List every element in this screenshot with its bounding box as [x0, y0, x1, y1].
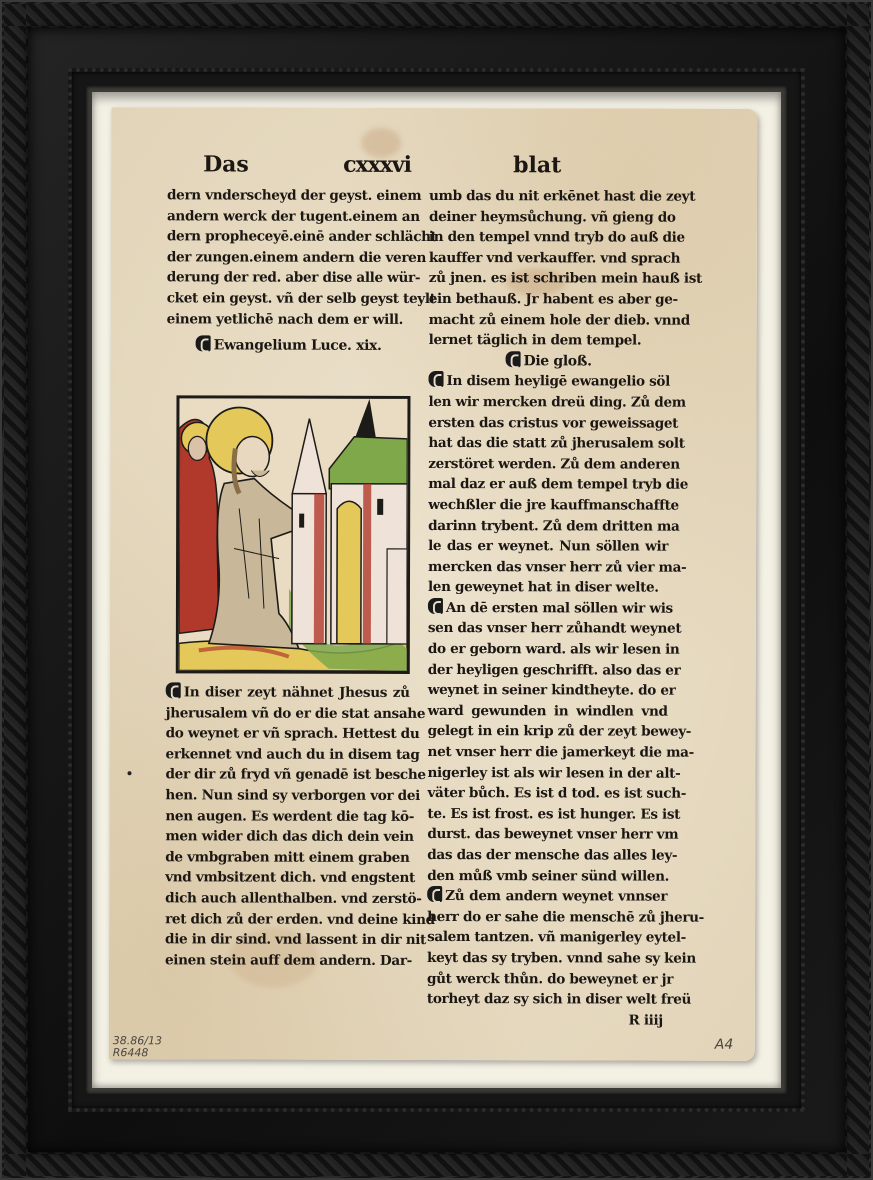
text-line: ret dich zů der erden. vnd deine kind: [165, 909, 409, 930]
text-line: mercken das vnser herr zů vier ma-: [428, 557, 668, 578]
text-line: torheyt daz sy sich in diser welt freü: [427, 989, 667, 1010]
text-line: macht zů einem hole der dieb. vnnd: [429, 310, 669, 331]
text-line: cket ein geyst. vñ der selb geyst teylt: [167, 288, 411, 309]
text-line: der heyligen geschrifft. also das er: [428, 660, 668, 681]
text-line: de vmbgraben mitt einem graben: [165, 847, 409, 868]
left-column-top: dern vnderscheyd der geyst. einem andern…: [167, 185, 411, 356]
text-line: dich auch allenthalben. vnd zerstö-: [165, 888, 409, 909]
signature-mark: R iiij: [427, 1010, 667, 1031]
rubric-text: Ewangelium Luce. xix.: [214, 338, 382, 354]
ink-dot: [127, 771, 131, 775]
text-line: do er geborn ward. als wir lesen in: [428, 639, 668, 660]
pilcrow-icon: [196, 336, 211, 352]
text-line: einen stein auff dem andern. Dar-: [165, 950, 409, 971]
text-line: einem yetlichē nach dem er will.: [167, 309, 411, 330]
text-line: In disem heyligē ewangelio söl: [447, 373, 670, 390]
text-line: derung der red. aber dise alle wür-: [167, 268, 411, 289]
text-line: keyt das sy tryben. vnnd sahe sy kein: [427, 948, 667, 969]
text-line: ersten das cristus vor geweissaget: [428, 413, 668, 434]
text-line: erkennet vnd auch du in disem tag: [166, 744, 410, 765]
text-line: sen das vnser herr zůhandt weynet: [428, 618, 668, 639]
text-line: deiner heymsůchung. vñ gieng do: [429, 207, 669, 228]
running-head-right: blat: [513, 152, 561, 178]
text-line: dern propheceyē.einē ander schlächt: [167, 226, 411, 247]
text-line: len geweynet hat in diser welte.: [428, 577, 668, 598]
accession-number: 38.86/13 R6448: [113, 1035, 162, 1059]
text-line: zů jnen. es ist schriben mein hauß ist: [429, 268, 669, 289]
text-line: gelegt in ein krip zů der zeyt bewey-: [428, 721, 668, 742]
text-line: hat das die statt zů jherusalem solt: [428, 433, 668, 454]
woodcut-illustration: [176, 395, 411, 674]
text-line: wechßler die jre kauffmanschaffte: [428, 495, 668, 516]
pilcrow-icon: [429, 371, 444, 387]
text-line: vnd vmbsitzent dich. vnd engstent: [165, 868, 409, 889]
text-line: In diser zeyt nähnet Jhesus zů: [184, 684, 410, 701]
text-line: der dir zů fryd vñ genadē ist besche: [165, 765, 409, 786]
pilcrow-icon: [166, 682, 181, 698]
text-line: do weynet er vñ sprach. Hettest du: [166, 723, 410, 744]
text-line: andern werck der tugent.einem an: [167, 206, 411, 227]
text-line: net vnser herr die jamerkeyt die ma-: [428, 742, 668, 763]
running-head-left: Das: [203, 151, 249, 177]
christ-weeping-over-jerusalem-image: [179, 398, 408, 671]
text-line: kauffer vnd verkauffer. vnd sprach: [429, 248, 669, 269]
text-line: den můß vmb seiner sünd willen.: [427, 866, 667, 887]
text-line: zerstöret werden. Zů dem anderen: [428, 454, 668, 475]
left-column-gospel-text: In diser zeyt nähnet Jhesus zů jherusale…: [165, 682, 410, 971]
text-line: le das er weynet. Nun söllen wir: [428, 536, 668, 557]
pilcrow-icon: [427, 886, 442, 902]
text-line: umb das du nit erkēnet hast die zeyt: [429, 186, 669, 207]
text-line: das das der mensche das alles ley-: [427, 845, 667, 866]
pilcrow-icon: [428, 598, 443, 614]
text-line: hen. Nun sind sy verborgen vor dei: [165, 785, 409, 806]
pencil-folio-mark: A4: [715, 1039, 734, 1051]
text-line: durst. das beweynet vnser herr vm: [427, 824, 667, 845]
text-line: men wider dich das dich dein vein: [165, 826, 409, 847]
text-line: nigerley ist als wir lesen in der alt-: [427, 763, 667, 784]
text-line: mal daz er auß dem tempel tryb die: [428, 474, 668, 495]
pilcrow-icon: [506, 351, 521, 367]
text-line: salem tantzen. vñ manigerley eytel-: [427, 927, 667, 948]
text-line: ein bethauß. Jr habent es aber ge-: [429, 289, 669, 310]
text-line: der zungen.einem andern die veren: [167, 247, 411, 268]
folio-number: cxxxvi: [343, 152, 411, 178]
text-line: lernet täglich in dem tempel.: [429, 330, 669, 351]
book-leaf: Das cxxxvi blat dern vnderscheyd der gey…: [109, 107, 757, 1061]
text-line: die in dir sind. vnd lassent in dir nit: [165, 929, 409, 950]
text-line: Zů dem andern weynet vnnser: [445, 888, 667, 905]
text-line: in den tempel vnnd tryb do auß die: [429, 227, 669, 248]
text-line: jherusalem vñ do er die stat ansahe: [166, 703, 410, 724]
text-line: väter bůch. Es ist d tod. es ist such-: [427, 783, 667, 804]
text-line: len wir mercken dreü ding. Zů dem: [428, 392, 668, 413]
text-line: ward gewunden in windlen vnd: [428, 701, 668, 722]
text-line: dern vnderscheyd der geyst. einem: [167, 185, 411, 206]
gloss-rubric: Die gloß.: [429, 351, 669, 372]
text-line: gůt werck thůn. do beweynet er jr: [427, 969, 667, 990]
rubric-text: Die gloß.: [524, 353, 592, 369]
text-line: An dē ersten mal söllen wir wis: [446, 600, 673, 617]
text-line: herr do er sahe die menschē zů jheru-: [427, 907, 667, 928]
text-line: weynet in seiner kindtheyte. do er: [428, 680, 668, 701]
right-column: umb das du nit erkēnet hast die zeyt dei…: [427, 186, 669, 1031]
text-line: darinn trybent. Zů dem dritten ma: [428, 515, 668, 536]
gospel-rubric: Ewangelium Luce. xix.: [167, 335, 411, 356]
text-line: te. Es ist frost. es ist hunger. Es ist: [427, 804, 667, 825]
text-line: nen augen. Es werdent die tag kō-: [165, 806, 409, 827]
